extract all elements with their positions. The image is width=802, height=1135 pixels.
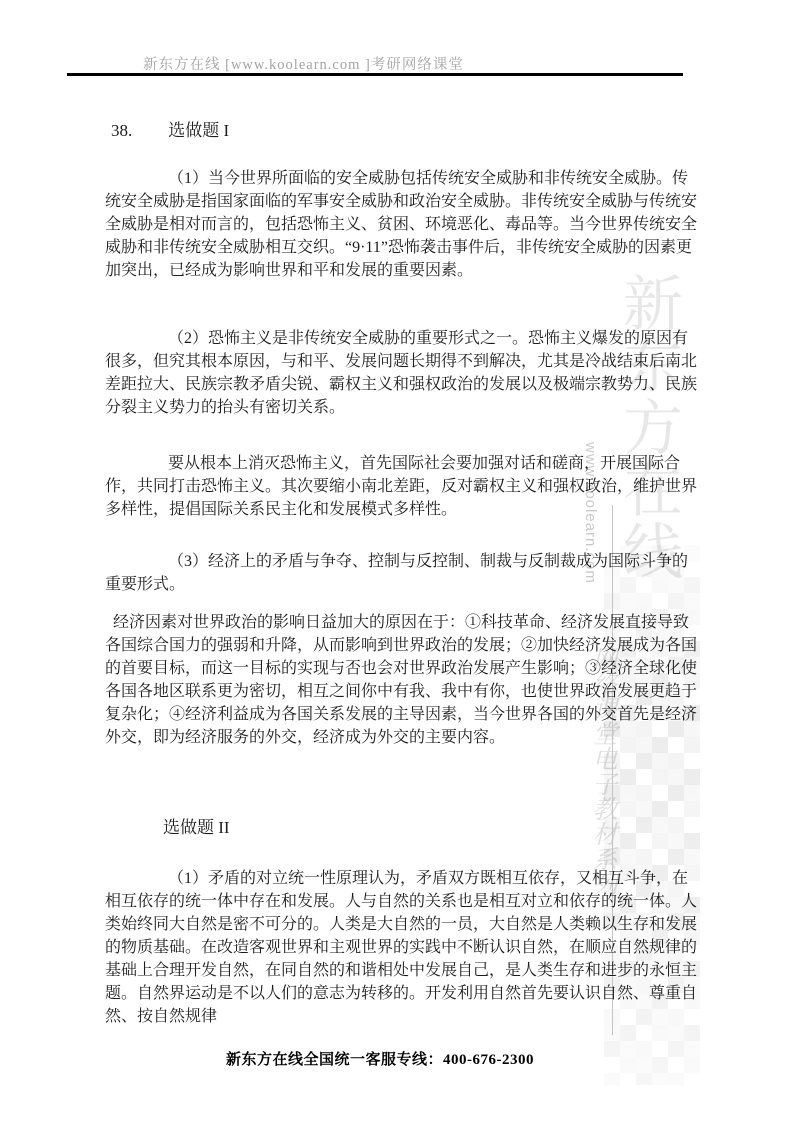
answer-paragraph: （1）当今世界所面临的安全威胁包括传统安全威胁和非传统安全威胁。传统安全威胁是指… (105, 165, 697, 280)
document-page: 新东方在线 www.koolearn.com 网络课堂电子教材系列 新东方在线 … (0, 0, 802, 1135)
answer-paragraph: 要从根本上消灭恐怖主义，首先国际社会要加强对话和磋商，开展国际合作，共同打击恐怖… (105, 450, 697, 519)
question-number: 38. (111, 121, 132, 140)
answer-paragraph: 经济因素对世界政治的影响日益加大的原因在于：①科技革命、经济发展直接导致各国综合… (105, 609, 697, 747)
footer-service-line: 新东方在线全国统一客服专线：400-676-2300 (0, 1048, 760, 1069)
section1-title: 选做题 I (168, 121, 229, 140)
answer-paragraph: （1）矛盾的对立统一性原理认为，矛盾双方既相互依存，又相互斗争，在相互依存的统一… (105, 865, 697, 1026)
header-brand-text: 新东方在线 [www.koolearn.com ]考研网络课堂 (143, 53, 464, 74)
header-divider (67, 73, 683, 76)
answer-paragraph: （2）恐怖主义是非传统安全威胁的重要形式之一。恐怖主义爆发的原因有很多，但究其根… (105, 325, 697, 417)
answer-paragraph: （3）经济上的矛盾与争夺、控制与反控制、制裁与反制裁成为国际斗争的重要形式。 (105, 548, 697, 594)
section2-title: 选做题 II (163, 817, 230, 839)
question-38-heading: 38.选做题 I (111, 120, 229, 142)
